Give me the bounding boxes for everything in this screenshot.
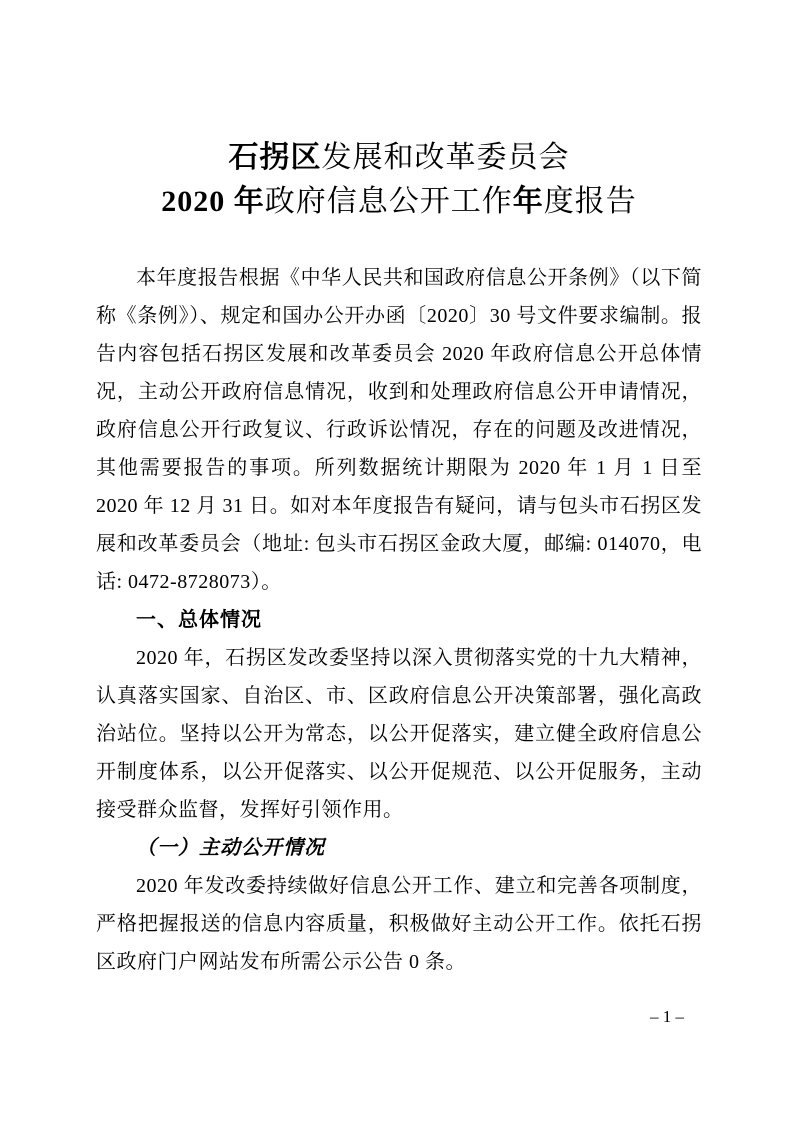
title-year: 2020 年 — [161, 185, 265, 218]
document-content: 石拐区发展和改革委员会 2020 年政府信息公开工作年度报告 本年度报告根据《中… — [96, 0, 702, 981]
title-report-type-1: 政府信息公开工作 — [265, 185, 513, 218]
title-line-1: 石拐区发展和改革委员会 — [96, 136, 702, 180]
title-org-name: 发展和改革委员会 — [322, 141, 570, 174]
document-title: 石拐区发展和改革委员会 2020 年政府信息公开工作年度报告 — [96, 136, 702, 224]
page-number: – 1 – — [650, 1005, 684, 1029]
intro-paragraph: 本年度报告根据《中华人民共和国政府信息公开条例》（以下简称《条例》）、规定和国办… — [96, 259, 702, 601]
overall-situation-paragraph: 2020 年，石拐区发改委坚持以深入贯彻落实党的十九大精神，认真落实国家、自治区… — [96, 639, 702, 829]
title-report-type-3: 度报告 — [544, 185, 637, 218]
section-heading-overall-situation: 一、总体情况 — [96, 601, 702, 639]
title-district-name: 石拐区 — [229, 141, 322, 174]
document-body: 本年度报告根据《中华人民共和国政府信息公开条例》（以下简称《条例》）、规定和国办… — [96, 259, 702, 981]
title-report-type-2: 年 — [513, 185, 544, 218]
proactive-disclosure-paragraph: 2020 年发改委持续做好信息公开工作、建立和完善各项制度，严格把握报送的信息内… — [96, 867, 702, 981]
subsection-heading-proactive-disclosure: （一）主动公开情况 — [96, 829, 702, 867]
title-line-2: 2020 年政府信息公开工作年度报告 — [96, 180, 702, 224]
document-page: 石拐区发展和改革委员会 2020 年政府信息公开工作年度报告 本年度报告根据《中… — [0, 0, 793, 1122]
